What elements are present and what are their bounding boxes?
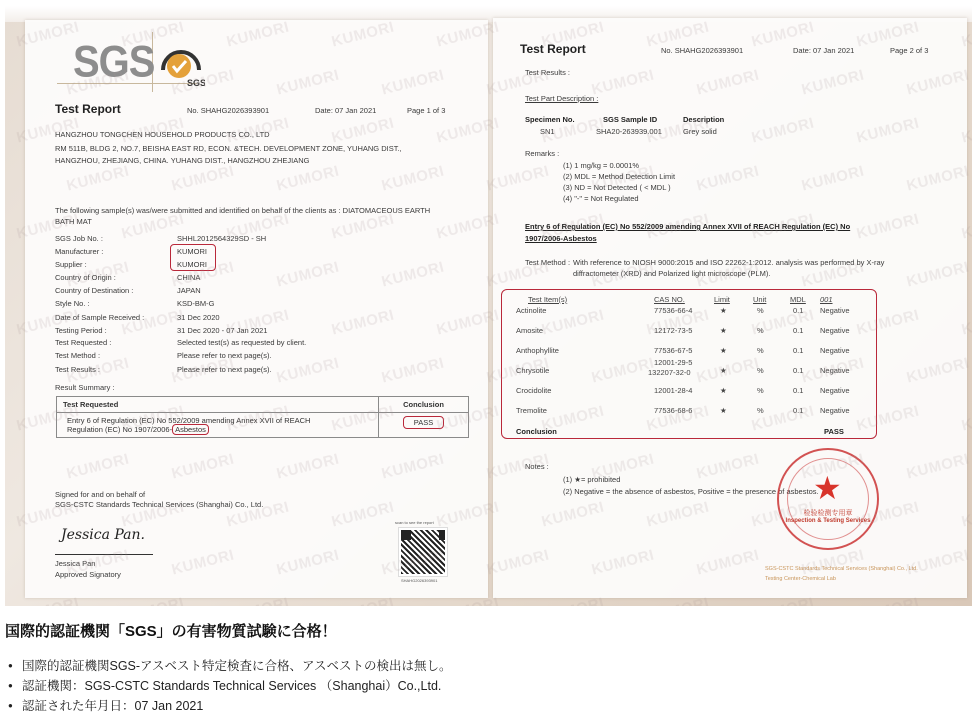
field-label: Manufacturer : <box>55 247 103 256</box>
field-label: Supplier : <box>55 260 87 269</box>
report-date: Date: 07 Jan 2021 <box>315 106 376 115</box>
cell-unit: % <box>757 346 764 355</box>
cell-unit: % <box>757 406 764 415</box>
field-label: Country of Destination : <box>55 286 133 295</box>
table-header: Conclusion <box>379 397 469 413</box>
test-requested-text: Entry 6 of Regulation (EC) No 552/2009 a… <box>67 416 372 425</box>
report-title: Test Report <box>520 42 586 56</box>
company-name: HANGZHOU TONGCHEN HOUSEHOLD PRODUCTS CO.… <box>55 130 270 139</box>
field-value: KSD-BM-G <box>177 299 215 308</box>
company-address: RM 511B, BLDG 2, NO.7, BEISHA EAST RD, E… <box>55 144 402 153</box>
caption-title: 国際的認証機関「SGS」の有害物質試験に合格！ <box>5 620 337 641</box>
cell-limit: ★ <box>720 406 727 415</box>
field-label: Country of Origin : <box>55 273 116 282</box>
notes-label: Notes : <box>525 462 549 471</box>
field-label: Test Results : <box>55 365 100 374</box>
field-value: CHINA <box>177 273 200 282</box>
cell-limit: ★ <box>720 366 727 375</box>
intro-text: BATH MAT <box>55 217 92 226</box>
asbestos-results-table: Test Item(s) CAS NO. Limit Unit MDL 001 … <box>501 289 877 439</box>
cell-result: Negative <box>820 346 850 355</box>
field-value: JAPAN <box>177 286 201 295</box>
remark-item: (4) "-" = Not Regulated <box>563 194 639 203</box>
specimen-value: SHA20-263939.001 <box>596 127 662 136</box>
field-value: Please refer to next page(s). <box>177 351 272 360</box>
cell-result: Negative <box>820 366 850 375</box>
report-number: No. SHAHG2026393901 <box>187 106 269 115</box>
stamp-chinese-text: 检验检测专用章 <box>779 508 877 518</box>
cell-cas: 12001-28-4 <box>654 386 692 395</box>
cell-cas: 77536-68-6 <box>654 406 692 415</box>
cell-mdl: 0.1 <box>793 386 803 395</box>
cell-item: Anthophyllite <box>516 346 559 355</box>
remark-item: (3) ND = Not Detected ( < MDL ) <box>563 183 671 192</box>
table-header: Unit <box>753 295 766 304</box>
test-method-text: With reference to NIOSH 9000:2015 and IS… <box>573 258 884 267</box>
table-header: CAS NO. <box>654 295 685 304</box>
cell-cas: 77536-66-4 <box>654 306 692 315</box>
cell-cas: 12172-73-5 <box>654 326 692 335</box>
field-label: Date of Sample Received : <box>55 313 144 322</box>
cell-limit: ★ <box>720 346 727 355</box>
sgs-logo: SGS <box>73 37 154 87</box>
specimen-value: Grey solid <box>683 127 717 136</box>
note-item: (1) ★= prohibited <box>563 475 620 484</box>
specimen-header: SGS Sample ID <box>603 115 657 124</box>
result-summary-label: Result Summary : <box>55 383 115 392</box>
field-value: Please refer to next page(s). <box>177 365 272 374</box>
remark-item: (2) MDL = Method Detection Limit <box>563 172 675 181</box>
field-value: 31 Dec 2020 <box>177 313 220 322</box>
report-page-1: SGS SGS Test Report No. SHAHG2026393901 … <box>25 20 488 598</box>
cell-mdl: 0.1 <box>793 406 803 415</box>
cell-limit: ★ <box>720 306 727 315</box>
test-results-label: Test Results : <box>525 68 570 77</box>
report-number: No. SHAHG2026393901 <box>661 46 743 55</box>
cell-unit: % <box>757 326 764 335</box>
caption-bullet: 国際的認証機関SGS-アスベスト特定検査に合格、アスベストの検出は無し。 <box>8 656 452 676</box>
svg-text:SGS: SGS <box>187 78 205 88</box>
conclusion-value: PASS <box>824 427 844 436</box>
stamp-lab-line: Testing Center-Chemical Lab <box>765 576 836 582</box>
conclusion-pass: PASS <box>403 416 444 429</box>
cell-limit: ★ <box>720 326 727 335</box>
caption-bullets: 国際的認証機関SGS-アスベスト特定検査に合格、アスベストの検出は無し。 認証機… <box>8 656 452 716</box>
stamp-company-line: SGS-CSTC Standards Technical Services (S… <box>765 566 918 572</box>
conclusion-label: Conclusion <box>516 427 557 436</box>
signed-company: SGS-CSTC Standards Technical Services (S… <box>55 500 263 509</box>
table-row: Entry 6 of Regulation (EC) No 552/2009 a… <box>57 413 469 438</box>
cell-limit: ★ <box>720 386 727 395</box>
report-date: Date: 07 Jan 2021 <box>793 46 854 55</box>
field-value: 31 Dec 2020 - 07 Jan 2021 <box>177 326 267 335</box>
signatory-title: Approved Signatory <box>55 570 121 579</box>
test-method-text: diffractometer (XRD) and Polarized light… <box>573 269 770 278</box>
remark-item: (1) 1 mg/kg = 0.0001% <box>563 161 639 170</box>
intro-text: The following sample(s) was/were submitt… <box>55 206 430 215</box>
asbestos-highlight: Asbestos <box>172 424 209 435</box>
cell-result: Negative <box>820 386 850 395</box>
table-header: Test Requested <box>57 397 379 413</box>
result-summary-table: Test Requested Conclusion Entry 6 of Reg… <box>56 396 469 438</box>
specimen-header: Specimen No. <box>525 115 575 124</box>
table-header: 001 <box>820 295 833 304</box>
test-part-description: Test Part Description : <box>525 94 598 103</box>
specimen-value: SN1 <box>540 127 555 136</box>
caption-bullet: 認証された年月日：07 Jan 2021 <box>8 696 452 716</box>
table-header: Test Item(s) <box>528 295 567 304</box>
cell-unit: % <box>757 386 764 395</box>
cell-item: Actinolite <box>516 306 546 315</box>
qr-caption: scan to see the report <box>395 520 434 525</box>
field-value: Selected test(s) as requested by client. <box>177 338 306 347</box>
highlight-box <box>170 244 216 271</box>
cell-result: Negative <box>820 406 850 415</box>
remarks-label: Remarks : <box>525 149 559 158</box>
table-header: Limit <box>714 295 730 304</box>
cell-mdl: 0.1 <box>793 346 803 355</box>
page-number: Page 1 of 3 <box>407 106 445 115</box>
signature: Jessica Pan. <box>61 527 145 543</box>
field-value: SHHL2012564329SD - SH <box>177 234 266 243</box>
company-address: HANGZHOU, ZHEJIANG, CHINA. YUHANG DIST.,… <box>55 156 309 165</box>
cell-item: Tremolite <box>516 406 547 415</box>
stamp-english-text: Inspection & Testing Services <box>779 518 877 524</box>
cell-item: Amosite <box>516 326 543 335</box>
test-method-label: Test Method : <box>525 258 570 267</box>
report-page-2: Test Report No. SHAHG2026393901 Date: 07… <box>493 18 967 598</box>
specimen-header: Description <box>683 115 724 124</box>
qr-caption: SHAHG2026393901 <box>401 578 437 583</box>
test-requested-text: Regulation (EC) No 1907/2006- <box>67 425 172 434</box>
table-header: MDL <box>790 295 806 304</box>
report-title: Test Report <box>55 102 121 116</box>
field-label: Test Method : <box>55 351 100 360</box>
signed-text: Signed for and on behalf of <box>55 490 145 499</box>
field-label: Test Requested : <box>55 338 111 347</box>
field-label: SGS Job No. : <box>55 234 103 243</box>
signatory-name: Jessica Pan <box>55 559 95 568</box>
cell-cas: 77536-67-5 <box>654 346 692 355</box>
caption-bullet: 認証機関：SGS-CSTC Standards Technical Servic… <box>8 676 452 696</box>
regulation-entry: Entry 6 of Regulation (EC) No 552/2009 a… <box>525 222 850 231</box>
cell-unit: % <box>757 366 764 375</box>
cell-result: Negative <box>820 326 850 335</box>
sgs-certification-badge-icon: SGS <box>157 40 205 88</box>
field-label: Testing Period : <box>55 326 107 335</box>
cell-cas: 12001-29-5 <box>654 358 692 367</box>
cell-unit: % <box>757 306 764 315</box>
certificate-photo: SGS SGS Test Report No. SHAHG2026393901 … <box>5 6 972 606</box>
cell-cas-secondary: 132207-32-0 <box>648 368 691 377</box>
cell-mdl: 0.1 <box>793 306 803 315</box>
field-label: Style No. : <box>55 299 90 308</box>
cell-item: Crocidolite <box>516 386 551 395</box>
cell-result: Negative <box>820 306 850 315</box>
page-number: Page 2 of 3 <box>890 46 928 55</box>
cell-mdl: 0.1 <box>793 326 803 335</box>
regulation-entry: 1907/2006-Asbestos <box>525 234 597 243</box>
qr-code-icon[interactable] <box>399 528 447 576</box>
official-stamp: ★ 检验检测专用章 Inspection & Testing Services <box>777 448 879 550</box>
signature-line <box>55 554 153 555</box>
star-icon: ★ <box>813 472 842 504</box>
cell-mdl: 0.1 <box>793 366 803 375</box>
cell-item: Chrysotile <box>516 366 549 375</box>
